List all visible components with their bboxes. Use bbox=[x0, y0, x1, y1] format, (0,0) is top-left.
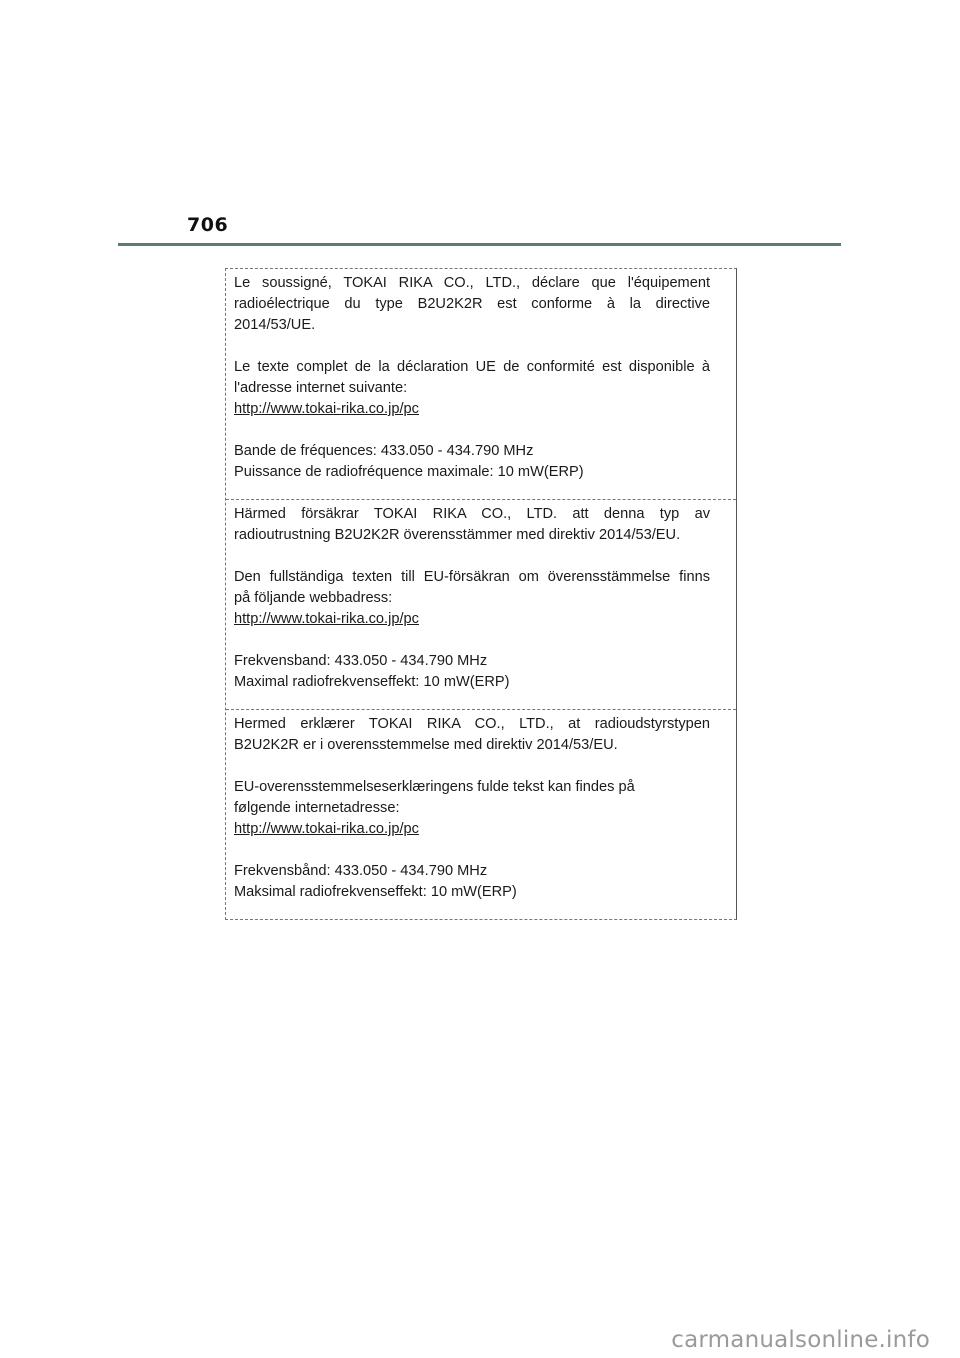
watermark: carmanualsonline.info bbox=[671, 1327, 930, 1353]
availability-statement: Le texte complet de la déclaration UE de… bbox=[234, 357, 710, 420]
page-number: 706 bbox=[187, 214, 228, 236]
statement-line: radioutrustning B2U2K2R överensstämmer m… bbox=[234, 525, 710, 546]
header-rule bbox=[118, 243, 841, 246]
radio-specs: Bande de fréquences: 433.050 - 434.790 M… bbox=[234, 441, 710, 483]
declaration-box: Le soussigné, TOKAI RIKA CO., LTD., décl… bbox=[225, 268, 737, 920]
declaration-section-swedish: Härmed försäkrar TOKAI RIKA CO., LTD. at… bbox=[226, 500, 736, 710]
availability-line: Den fullständiga texten till EU-försäkra… bbox=[234, 567, 710, 588]
max-power: Maximal radiofrekvenseffekt: 10 mW(ERP) bbox=[234, 672, 710, 693]
availability-statement: EU-overensstemmelseserklæringens fulde t… bbox=[234, 777, 710, 840]
radio-specs: Frekvensbånd: 433.050 - 434.790 MHz Maks… bbox=[234, 861, 710, 903]
statement-line: Le soussigné, TOKAI RIKA CO., LTD., décl… bbox=[234, 273, 710, 294]
statement-line: 2014/53/UE. bbox=[234, 315, 710, 336]
frequency-band: Frekvensband: 433.050 - 434.790 MHz bbox=[234, 651, 710, 672]
statement-line: B2U2K2R er i overensstemmelse med direkt… bbox=[234, 735, 710, 756]
availability-line: EU-overensstemmelseserklæringens fulde t… bbox=[234, 777, 710, 798]
radio-specs: Frekvensband: 433.050 - 434.790 MHz Maxi… bbox=[234, 651, 710, 693]
availability-statement: Den fullständiga texten till EU-försäkra… bbox=[234, 567, 710, 630]
availability-line: følgende internetadresse: bbox=[234, 798, 710, 819]
frequency-band: Bande de fréquences: 433.050 - 434.790 M… bbox=[234, 441, 710, 462]
availability-line: på följande webbadress: bbox=[234, 588, 710, 609]
declaration-section-danish: Hermed erklærer TOKAI RIKA CO., LTD., at… bbox=[226, 710, 736, 919]
declaration-url-link[interactable]: http://www.tokai-rika.co.jp/pc bbox=[234, 611, 419, 627]
conformity-statement: Hermed erklærer TOKAI RIKA CO., LTD., at… bbox=[234, 714, 710, 756]
statement-line: radioélectrique du type B2U2K2R est conf… bbox=[234, 294, 710, 315]
declaration-url-link[interactable]: http://www.tokai-rika.co.jp/pc bbox=[234, 821, 419, 837]
availability-line: Le texte complet de la déclaration UE de… bbox=[234, 357, 710, 378]
conformity-statement: Härmed försäkrar TOKAI RIKA CO., LTD. at… bbox=[234, 504, 710, 546]
declaration-url-link[interactable]: http://www.tokai-rika.co.jp/pc bbox=[234, 401, 419, 417]
declaration-section-french: Le soussigné, TOKAI RIKA CO., LTD., décl… bbox=[226, 269, 736, 500]
statement-line: Hermed erklærer TOKAI RIKA CO., LTD., at… bbox=[234, 714, 710, 735]
availability-line: l'adresse internet suivante: bbox=[234, 378, 710, 399]
max-power: Maksimal radiofrekvenseffekt: 10 mW(ERP) bbox=[234, 882, 710, 903]
statement-line: Härmed försäkrar TOKAI RIKA CO., LTD. at… bbox=[234, 504, 710, 525]
conformity-statement: Le soussigné, TOKAI RIKA CO., LTD., décl… bbox=[234, 273, 710, 336]
frequency-band: Frekvensbånd: 433.050 - 434.790 MHz bbox=[234, 861, 710, 882]
max-power: Puissance de radiofréquence maximale: 10… bbox=[234, 462, 710, 483]
